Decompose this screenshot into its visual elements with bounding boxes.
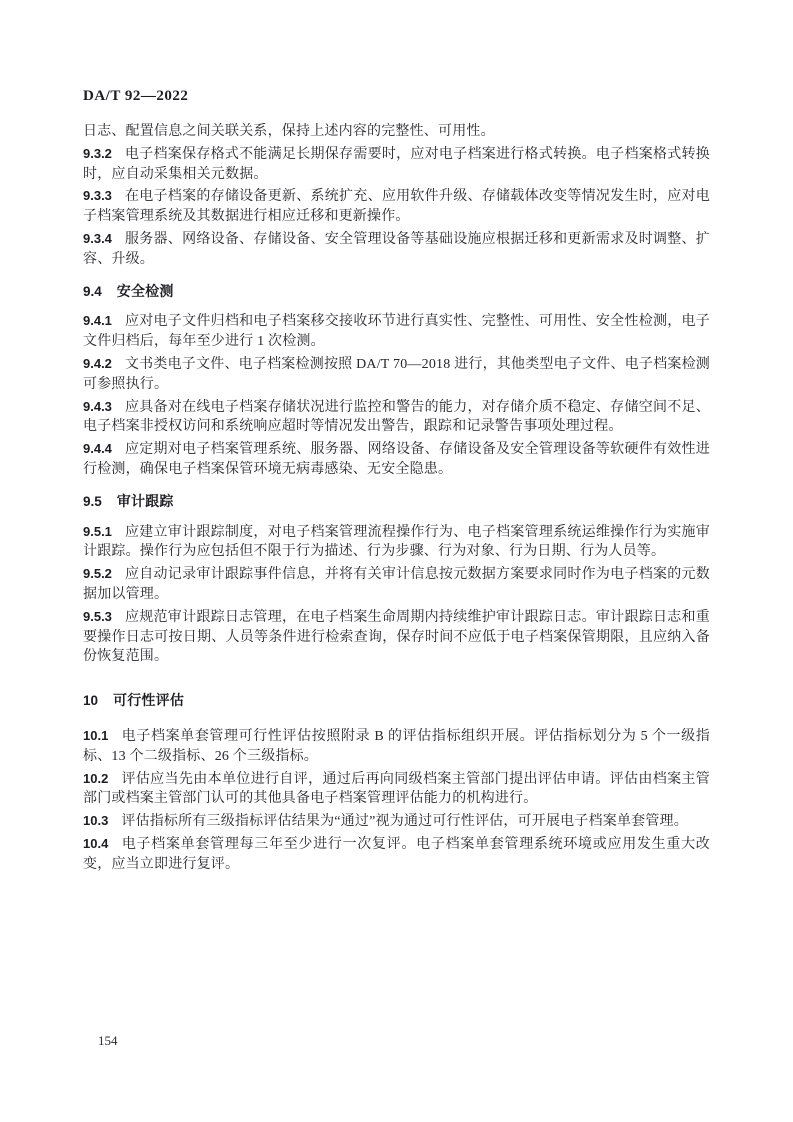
clause-text: 电子档案单套管理每三年至少进行一次复评。电子档案单套管理系统环境或应用发生重大改… — [83, 837, 710, 872]
running-header: DA/T 92—2022 — [83, 88, 188, 105]
clause-text: 日志、配置信息之间关联关系，保持上述内容的完整性、可用性。 — [83, 124, 495, 139]
clause-number: 9.4.3 — [83, 399, 112, 414]
heading-text: 审计跟踪 — [117, 493, 174, 509]
clause-paragraph-9.3.3: 9.3.3在电子档案的存储设备更新、系统扩充、应用软件升级、存储载体改变等情况发… — [83, 186, 710, 227]
clause-text: 应定期对电子档案管理系统、服务器、网络设备、存储设备及安全管理设备等软硬件有效性… — [83, 442, 710, 477]
clause-number: 9.5 — [83, 494, 102, 509]
clause-text: 电子档案保存格式不能满足长期保存需要时，应对电子档案进行格式转换。电子档案格式转… — [83, 147, 710, 182]
heading-text: 安全检测 — [117, 283, 174, 299]
clause-number: 10.3 — [83, 813, 108, 828]
clause-number: 10.4 — [83, 836, 108, 851]
continuation-paragraph: 日志、配置信息之间关联关系，保持上述内容的完整性、可用性。 — [83, 122, 710, 142]
clause-paragraph-10.4: 10.4电子档案单套管理每三年至少进行一次复评。电子档案单套管理系统环境或应用发… — [83, 834, 710, 875]
clause-number: 9.4.1 — [83, 313, 112, 328]
clause-paragraph-9.4.1: 9.4.1应对电子文件归档和电子档案移交接收环节进行真实性、完整性、可用性、安全… — [83, 311, 710, 352]
clause-paragraph-9.4.3: 9.4.3应具备对在线电子档案存储状况进行监控和警告的能力，对存储介质不稳定、存… — [83, 397, 710, 438]
clause-paragraph-9.3.2: 9.3.2电子档案保存格式不能满足长期保存需要时，应对电子档案进行格式转换。电子… — [83, 144, 710, 185]
clause-text: 应规范审计跟踪日志管理，在电子档案生命周期内持续维护审计跟踪日志。审计跟踪日志和… — [83, 610, 710, 665]
clause-paragraph-9.4.4: 9.4.4应定期对电子档案管理系统、服务器、网络设备、存储设备及安全管理设备等软… — [83, 439, 710, 480]
clause-number: 10.1 — [83, 728, 108, 743]
section-heading-10: 10可行性评估 — [83, 691, 710, 711]
clause-text: 应具备对在线电子档案存储状况进行监控和警告的能力，对存储介质不稳定、存储空间不足… — [83, 400, 710, 435]
clause-text: 电子档案单套管理可行性评估按照附录 B 的评估指标组织开展。评估指标划分为 5 … — [83, 729, 710, 764]
clause-text: 应自动记录审计跟踪事件信息，并将有关审计信息按元数据方案要求同时作为电子档案的元… — [83, 567, 710, 602]
clause-number: 10 — [83, 693, 98, 708]
section-heading-9.5: 9.5审计跟踪 — [83, 492, 710, 512]
clause-paragraph-9.3.4: 9.3.4服务器、网络设备、存储设备、安全管理设备等基础设施应根据迁移和更新需求… — [83, 229, 710, 270]
clause-number: 9.3.4 — [83, 231, 112, 246]
clause-paragraph-10.1: 10.1电子档案单套管理可行性评估按照附录 B 的评估指标组织开展。评估指标划分… — [83, 726, 710, 767]
document-page: DA/T 92—2022 日志、配置信息之间关联关系，保持上述内容的完整性、可用… — [0, 0, 793, 1122]
clause-paragraph-10.2: 10.2评估应当先由本单位进行自评，通过后再向同级档案主管部门提出评估申请。评估… — [83, 769, 710, 810]
clause-text: 服务器、网络设备、存储设备、安全管理设备等基础设施应根据迁移和更新需求及时调整、… — [83, 232, 710, 267]
clause-paragraph-9.5.1: 9.5.1应建立审计跟踪制度，对电子档案管理流程操作行为、电子档案管理系统运维操… — [83, 522, 710, 563]
clause-number: 9.4 — [83, 284, 102, 299]
document-body: 日志、配置信息之间关联关系，保持上述内容的完整性、可用性。9.3.2电子档案保存… — [83, 122, 710, 877]
clause-text: 文书类电子文件、电子档案检测按照 DA/T 70—2018 进行，其他类型电子文… — [83, 357, 710, 392]
clause-number: 9.5.3 — [83, 609, 112, 624]
clause-paragraph-10.3: 10.3评估指标所有三级指标评估结果为“通过”视为通过可行性评估，可开展电子档案… — [83, 811, 710, 832]
section-heading-9.4: 9.4安全检测 — [83, 282, 710, 302]
clause-number: 9.3.2 — [83, 146, 112, 161]
clause-paragraph-9.5.3: 9.5.3应规范审计跟踪日志管理，在电子档案生命周期内持续维护审计跟踪日志。审计… — [83, 607, 710, 667]
clause-text: 评估指标所有三级指标评估结果为“通过”视为通过可行性评估，可开展电子档案单套管理… — [121, 814, 688, 829]
clause-paragraph-9.5.2: 9.5.2应自动记录审计跟踪事件信息，并将有关审计信息按元数据方案要求同时作为电… — [83, 564, 710, 605]
clause-number: 9.5.2 — [83, 566, 112, 581]
clause-text: 应对电子文件归档和电子档案移交接收环节进行真实性、完整性、可用性、安全性检测，电… — [83, 314, 710, 349]
clause-number: 9.4.2 — [83, 356, 112, 371]
clause-text: 在电子档案的存储设备更新、系统扩充、应用软件升级、存储载体改变等情况发生时，应对… — [83, 189, 710, 224]
clause-number: 10.2 — [83, 771, 108, 786]
clause-number: 9.5.1 — [83, 524, 112, 539]
clause-number: 9.4.4 — [83, 441, 112, 456]
page-number: 154 — [98, 1033, 118, 1049]
clause-text: 应建立审计跟踪制度，对电子档案管理流程操作行为、电子档案管理系统运维操作行为实施… — [83, 525, 710, 560]
clause-number: 9.3.3 — [83, 188, 112, 203]
clause-paragraph-9.4.2: 9.4.2文书类电子文件、电子档案检测按照 DA/T 70—2018 进行，其他… — [83, 354, 710, 395]
heading-text: 可行性评估 — [113, 692, 184, 708]
clause-text: 评估应当先由本单位进行自评，通过后再向同级档案主管部门提出评估申请。评估由档案主… — [83, 772, 710, 807]
